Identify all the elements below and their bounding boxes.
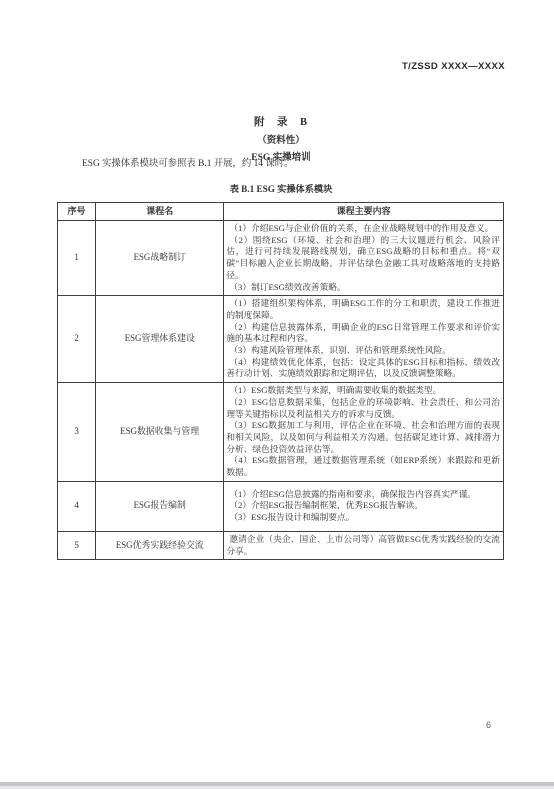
course-content-item: （1）介绍ESG与企业价值的关系，在企业战略规划中的作用及意义。 [226,223,500,235]
course-table: 序号 课程名 课程主要内容 1ESG战略制订（1）介绍ESG与企业价值的关系，在… [57,202,504,560]
table-row: 2ESG管理体系建设（1）搭建组织架构体系，明确ESG工作的分工和职责，建设工作… [58,296,504,383]
standard-doc-code: T/ZSSD XXXX—XXXX [402,61,505,72]
document-page: T/ZSSD XXXX—XXXX 附 录 B （资料性） ESG 实操培训 ES… [0,0,554,789]
table-header-row: 序号 课程名 课程主要内容 [58,203,504,221]
course-content-cell: （1）介绍ESG信息披露的指南和要求，确保报告内容真实严谨。（2）介绍ESG报告… [224,481,504,531]
course-content-item: （2）ESG信息数据采集，包括企业的环境影响、社会责任、和公司治理等关键指标以及… [226,397,500,420]
course-content-item: （3）制订ESG绩效改善策略。 [226,282,500,294]
header-course: 课程名 [96,203,224,221]
course-content-item: （1）ESG数据类型与来源，明确需要收集的数据类型。 [226,385,500,397]
course-content-item: 邀请企业（央企、国企、上市公司等）高管做ESG优秀实践经验的交流分享。 [226,534,500,557]
course-content-cell: 邀请企业（央企、国企、上市公司等）高管做ESG优秀实践经验的交流分享。 [224,531,504,559]
appendix-title: 附 录 B [58,114,504,129]
row-number-cell: 5 [58,531,96,559]
table-row: 3ESG数据收集与管理（1）ESG数据类型与来源，明确需要收集的数据类型。（2）… [58,383,504,482]
course-name-cell: ESG管理体系建设 [96,296,224,383]
course-content-item: （2）构建信息披露体系，明确企业的ESG日常管理工作要求和评价实施的基本过程和内… [226,322,500,345]
course-content-item: （2）围绕ESG（环境、社会和治理）的三大议题进行机会、风险评估，进行可持续发展… [226,235,500,282]
row-number-cell: 3 [58,383,96,482]
course-content-cell: （1）搭建组织架构体系，明确ESG工作的分工和职责，建设工作推进的制度保障。（2… [224,296,504,383]
table-row: 5ESG优秀实践经验交流邀请企业（央企、国企、上市公司等）高管做ESG优秀实践经… [58,531,504,559]
row-number-cell: 1 [58,221,96,296]
course-content-item: （3）ESG报告设计和编制要点。 [226,512,500,524]
table-caption: 表 B.1 ESG 实操体系模块 [58,181,504,195]
course-content-item: （3）ESG数据加工与利用，评估企业在环境、社会和治理方面的表现和相关风险，以及… [226,420,500,455]
course-content-cell: （1）ESG数据类型与来源，明确需要收集的数据类型。（2）ESG信息数据采集，包… [224,383,504,482]
row-number-cell: 4 [58,481,96,531]
course-content-item: （1）介绍ESG信息披露的指南和要求，确保报告内容真实严谨。 [226,489,500,501]
table-row: 1ESG战略制订（1）介绍ESG与企业价值的关系，在企业战略规划中的作用及意义。… [58,221,504,296]
header-content: 课程主要内容 [224,203,504,221]
header-no: 序号 [58,203,96,221]
appendix-subtitle: （资料性） [58,132,504,146]
intro-paragraph: ESG 实操体系模块可参照表 B.1 开展，约 14 课时。 [58,158,504,170]
course-content-item: （4）构建绩效优化体系，包括：设定具体的ESG目标和指标、绩效改善行动计划、实施… [226,357,500,380]
course-name-cell: ESG报告编制 [96,481,224,531]
course-content-item: （1）搭建组织架构体系，明确ESG工作的分工和职责，建设工作推进的制度保障。 [226,298,500,321]
appendix-title-block: 附 录 B （资料性） ESG 实操培训 [58,114,504,163]
course-content-item: （2）介绍ESG报告编制框架，优秀ESG报告解读。 [226,500,500,512]
row-number-cell: 2 [58,296,96,383]
course-content-item: （4）ESG数据管理，通过数据管理系统（如ERP系统）来跟踪和更新数据。 [226,455,500,478]
course-name-cell: ESG战略制订 [96,221,224,296]
table-row: 4ESG报告编制（1）介绍ESG信息披露的指南和要求，确保报告内容真实严谨。（2… [58,481,504,531]
page-number: 6 [486,720,491,730]
course-name-cell: ESG优秀实践经验交流 [96,531,224,559]
course-content-cell: （1）介绍ESG与企业价值的关系，在企业战略规划中的作用及意义。（2）围绕ESG… [224,221,504,296]
course-name-cell: ESG数据收集与管理 [96,383,224,482]
course-content-item: （3）构建风险管理体系，识别、评估和管理系统性风险。 [226,345,500,357]
